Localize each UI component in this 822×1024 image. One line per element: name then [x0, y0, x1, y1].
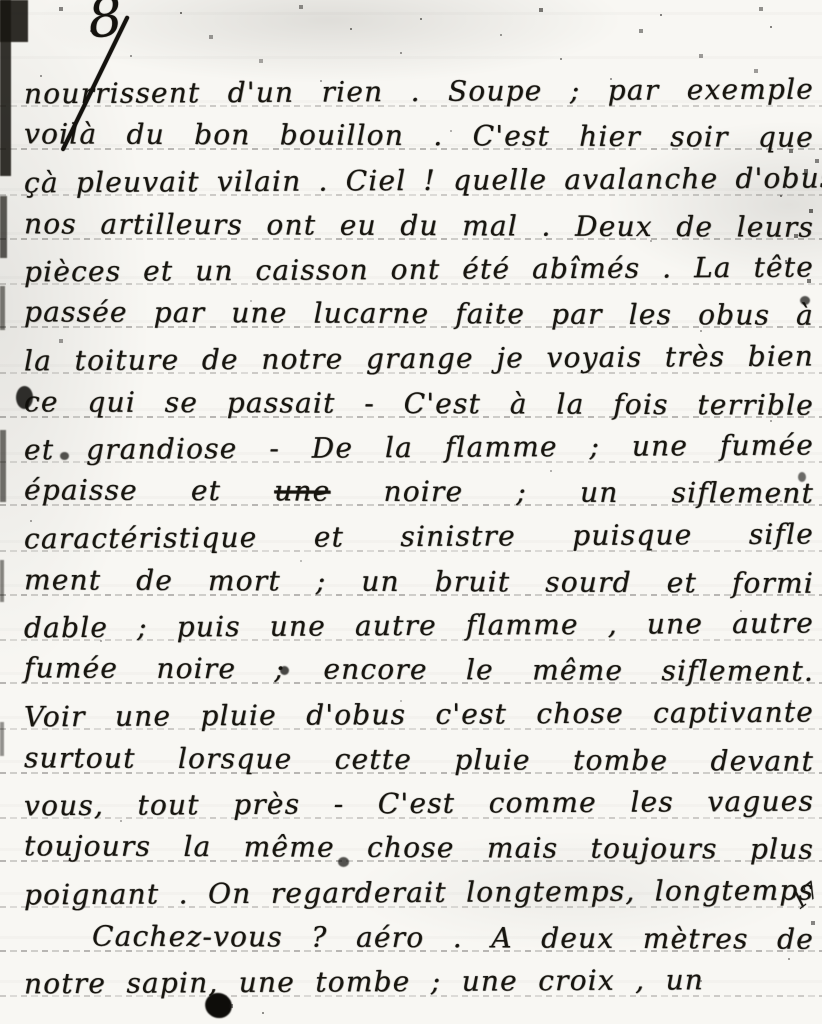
manuscript-line: vous, tout près - C'est comme les vagues: [0, 780, 822, 827]
manuscript-line: la toiture de notre grange je voyais trè…: [0, 335, 822, 382]
scan-edge-smudge: [0, 430, 6, 502]
manuscript-line: ce qui se passait - C'est à la fois terr…: [0, 381, 822, 427]
manuscript-line: çà pleuvait vilain . Ciel ! quelle avala…: [0, 157, 822, 204]
manuscript-line: nos artilleurs ont eu du mal . Deux de l…: [0, 203, 822, 249]
scanned-manuscript-page: nourrissent d'un rien . Soupe ; par exem…: [0, 0, 822, 1024]
ink-blot: [800, 296, 810, 305]
scan-edge-smudge: [0, 0, 28, 42]
manuscript-line: nourrissent d'un rien . Soupe ; par exem…: [0, 68, 822, 115]
manuscript-line: notre sapin, une tombe ; une croix , un: [0, 958, 822, 1005]
manuscript-line: fumée noire ; encore le même siflement.: [0, 647, 822, 693]
manuscript-line: ment de mort ; un bruit sourd et formi: [0, 559, 822, 605]
manuscript-line: pièces et un caisson ont été abîmés . La…: [0, 246, 822, 293]
line-text: noire ; un siflement: [330, 475, 814, 510]
manuscript-line: et grandiose - De la flamme ; une fumée: [0, 424, 822, 471]
ink-blot: [280, 666, 289, 675]
manuscript-line-with-strikethrough: épaisse et une noire ; un siflement: [0, 469, 822, 515]
manuscript-line: dable ; puis une autre flamme , une autr…: [0, 602, 822, 649]
ink-blot: [60, 452, 69, 460]
scan-edge-smudge: [0, 722, 4, 756]
struck-word: une: [274, 474, 330, 507]
page-number-mark: 8: [85, 0, 126, 51]
ink-blot: [338, 857, 349, 867]
ink-blot: [798, 472, 806, 482]
scan-edge-smudge: [0, 286, 5, 330]
scan-edge-smudge: [0, 196, 7, 258]
manuscript-line: voilà du bon bouillon . C'est hier soir …: [0, 113, 822, 159]
manuscript-line: passée par une lucarne faite par les obu…: [0, 291, 822, 337]
line-text: épaisse et: [24, 473, 274, 507]
manuscript-line: surtout lorsque cette pluie tombe devant: [0, 737, 822, 783]
manuscript-line: caractéristique et sinistre puisque sifl…: [0, 513, 822, 560]
ink-blot: [16, 386, 33, 409]
manuscript-line-paragraph-start: Cachez-vous ? aéro . A deux mètres de: [0, 915, 822, 961]
manuscript-line: poignant . On regarderait longtemps, lon…: [0, 869, 822, 916]
scan-edge-smudge: [0, 560, 4, 602]
manuscript-line: Voir une pluie d'obus c'est chose captiv…: [0, 691, 822, 738]
manuscript-line: toujours la même chose mais toujours plu…: [0, 825, 822, 871]
